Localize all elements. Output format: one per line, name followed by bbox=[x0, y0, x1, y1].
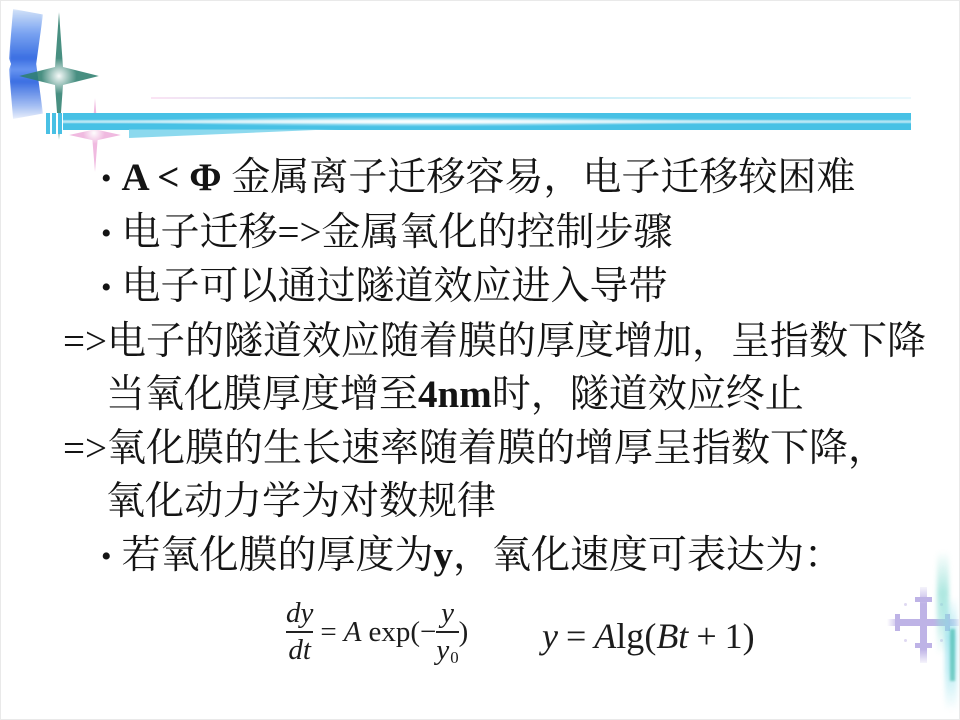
exp-function: exp bbox=[368, 616, 410, 649]
bold-term: 4nm bbox=[418, 373, 492, 416]
line-text: 若氧化膜的厚度为 bbox=[122, 534, 434, 577]
subscript-zero: 0 bbox=[450, 648, 458, 667]
y-over-y0-fraction: y y0 bbox=[436, 597, 458, 668]
line-text: 当氧化膜厚度增至 bbox=[106, 373, 418, 416]
cross-dot bbox=[904, 603, 907, 606]
presentation-slide: •A < Φ 金属离子迁移容易，电子迁移较困难 •电子迁移=>金属氧化的控制步骤… bbox=[0, 0, 960, 720]
blue-ribbon-decoration bbox=[9, 9, 43, 119]
cross-tick bbox=[915, 643, 932, 648]
fraction-bar bbox=[286, 631, 313, 633]
bold-term: y bbox=[434, 534, 454, 577]
continuation-line-2: 氧化动力学为对数规律 bbox=[63, 475, 947, 529]
cross-dot bbox=[904, 639, 907, 642]
teal-sparkle-core bbox=[41, 58, 77, 94]
equals-sign: = bbox=[320, 616, 336, 649]
bullet-line-3: •电子可以通过隧道效应进入导带 bbox=[63, 260, 947, 315]
coefficient-A: A bbox=[344, 616, 362, 649]
lhs-y: y bbox=[542, 615, 558, 657]
arrow-line-2: =>氧化膜的生长速率随着膜的增厚呈指数下降， bbox=[63, 422, 947, 476]
log-law-equation: y = Alg(Bt + 1) bbox=[542, 615, 755, 657]
equals-sign: = bbox=[566, 615, 586, 657]
cross-tick bbox=[915, 597, 932, 602]
arrow-prefix: => bbox=[63, 427, 107, 470]
bullet-icon: • bbox=[101, 540, 112, 573]
bullet-line-4: •若氧化膜的厚度为y，氧化速度可表达为： bbox=[63, 529, 947, 584]
inner-numerator: y bbox=[441, 597, 454, 630]
bullet-icon: • bbox=[101, 217, 112, 250]
argument-Bt: Bt bbox=[656, 615, 688, 657]
plus-sign: + bbox=[696, 615, 716, 657]
inner-denominator: y bbox=[436, 634, 449, 667]
line-text: 电子可以通过隧道效应进入导带 bbox=[122, 265, 668, 308]
bullet-line-1: •A < Φ 金属离子迁移容易，电子迁移较困难 bbox=[63, 151, 947, 206]
dydt-fraction: dy dt bbox=[286, 597, 313, 668]
minus-sign: − bbox=[420, 616, 436, 649]
band-hairline-decoration bbox=[151, 97, 911, 99]
arrow-line-1: =>电子的隧道效应随着膜的厚度增加，呈指数下降 bbox=[63, 315, 947, 369]
constant-one: 1 bbox=[725, 615, 743, 657]
line-text: 氧化动力学为对数规律 bbox=[106, 480, 496, 523]
line-text: 金属离子迁移容易，电子迁移较困难 bbox=[222, 156, 856, 199]
rate-equation: dy dt = A exp(− y y0 ) bbox=[286, 597, 468, 668]
slide-body-text: •A < Φ 金属离子迁移容易，电子迁移较困难 •电子迁移=>金属氧化的控制步骤… bbox=[63, 151, 947, 583]
header-stripe bbox=[63, 113, 911, 130]
close-paren: ) bbox=[743, 615, 755, 657]
arrow-prefix: => bbox=[63, 320, 107, 363]
continuation-line-1: 当氧化膜厚度增至4nm时，隧道效应终止 bbox=[63, 368, 947, 422]
band-wedge-decoration bbox=[129, 129, 339, 138]
close-paren: ) bbox=[459, 616, 469, 649]
teal-streak-decoration bbox=[950, 629, 955, 681]
bullet-line-2: •电子迁移=>金属氧化的控制步骤 bbox=[63, 206, 947, 261]
open-paren: ( bbox=[644, 615, 656, 657]
fraction-bar bbox=[436, 631, 458, 633]
line-text: 电子迁移=>金属氧化的控制步骤 bbox=[122, 211, 673, 254]
fraction-numerator: dy bbox=[286, 597, 313, 630]
band-notch-decoration bbox=[46, 113, 62, 134]
lg-function: lg bbox=[616, 615, 644, 657]
cross-tick bbox=[895, 614, 900, 631]
coefficient-A: A bbox=[594, 615, 616, 657]
open-paren: ( bbox=[410, 616, 420, 649]
fraction-denominator: dt bbox=[288, 634, 311, 667]
line-text-tail: ，氧化速度可表达为： bbox=[453, 534, 843, 577]
bullet-icon: • bbox=[101, 271, 112, 304]
bullet-icon: • bbox=[101, 162, 112, 195]
line-text: 氧化膜的生长速率随着膜的增厚呈指数下降， bbox=[107, 427, 887, 470]
line-text: 电子的隧道效应随着膜的厚度增加，呈指数下降 bbox=[107, 320, 926, 363]
bold-term: A < Φ bbox=[122, 156, 222, 199]
line-text-tail: 时，隧道效应终止 bbox=[492, 373, 804, 416]
